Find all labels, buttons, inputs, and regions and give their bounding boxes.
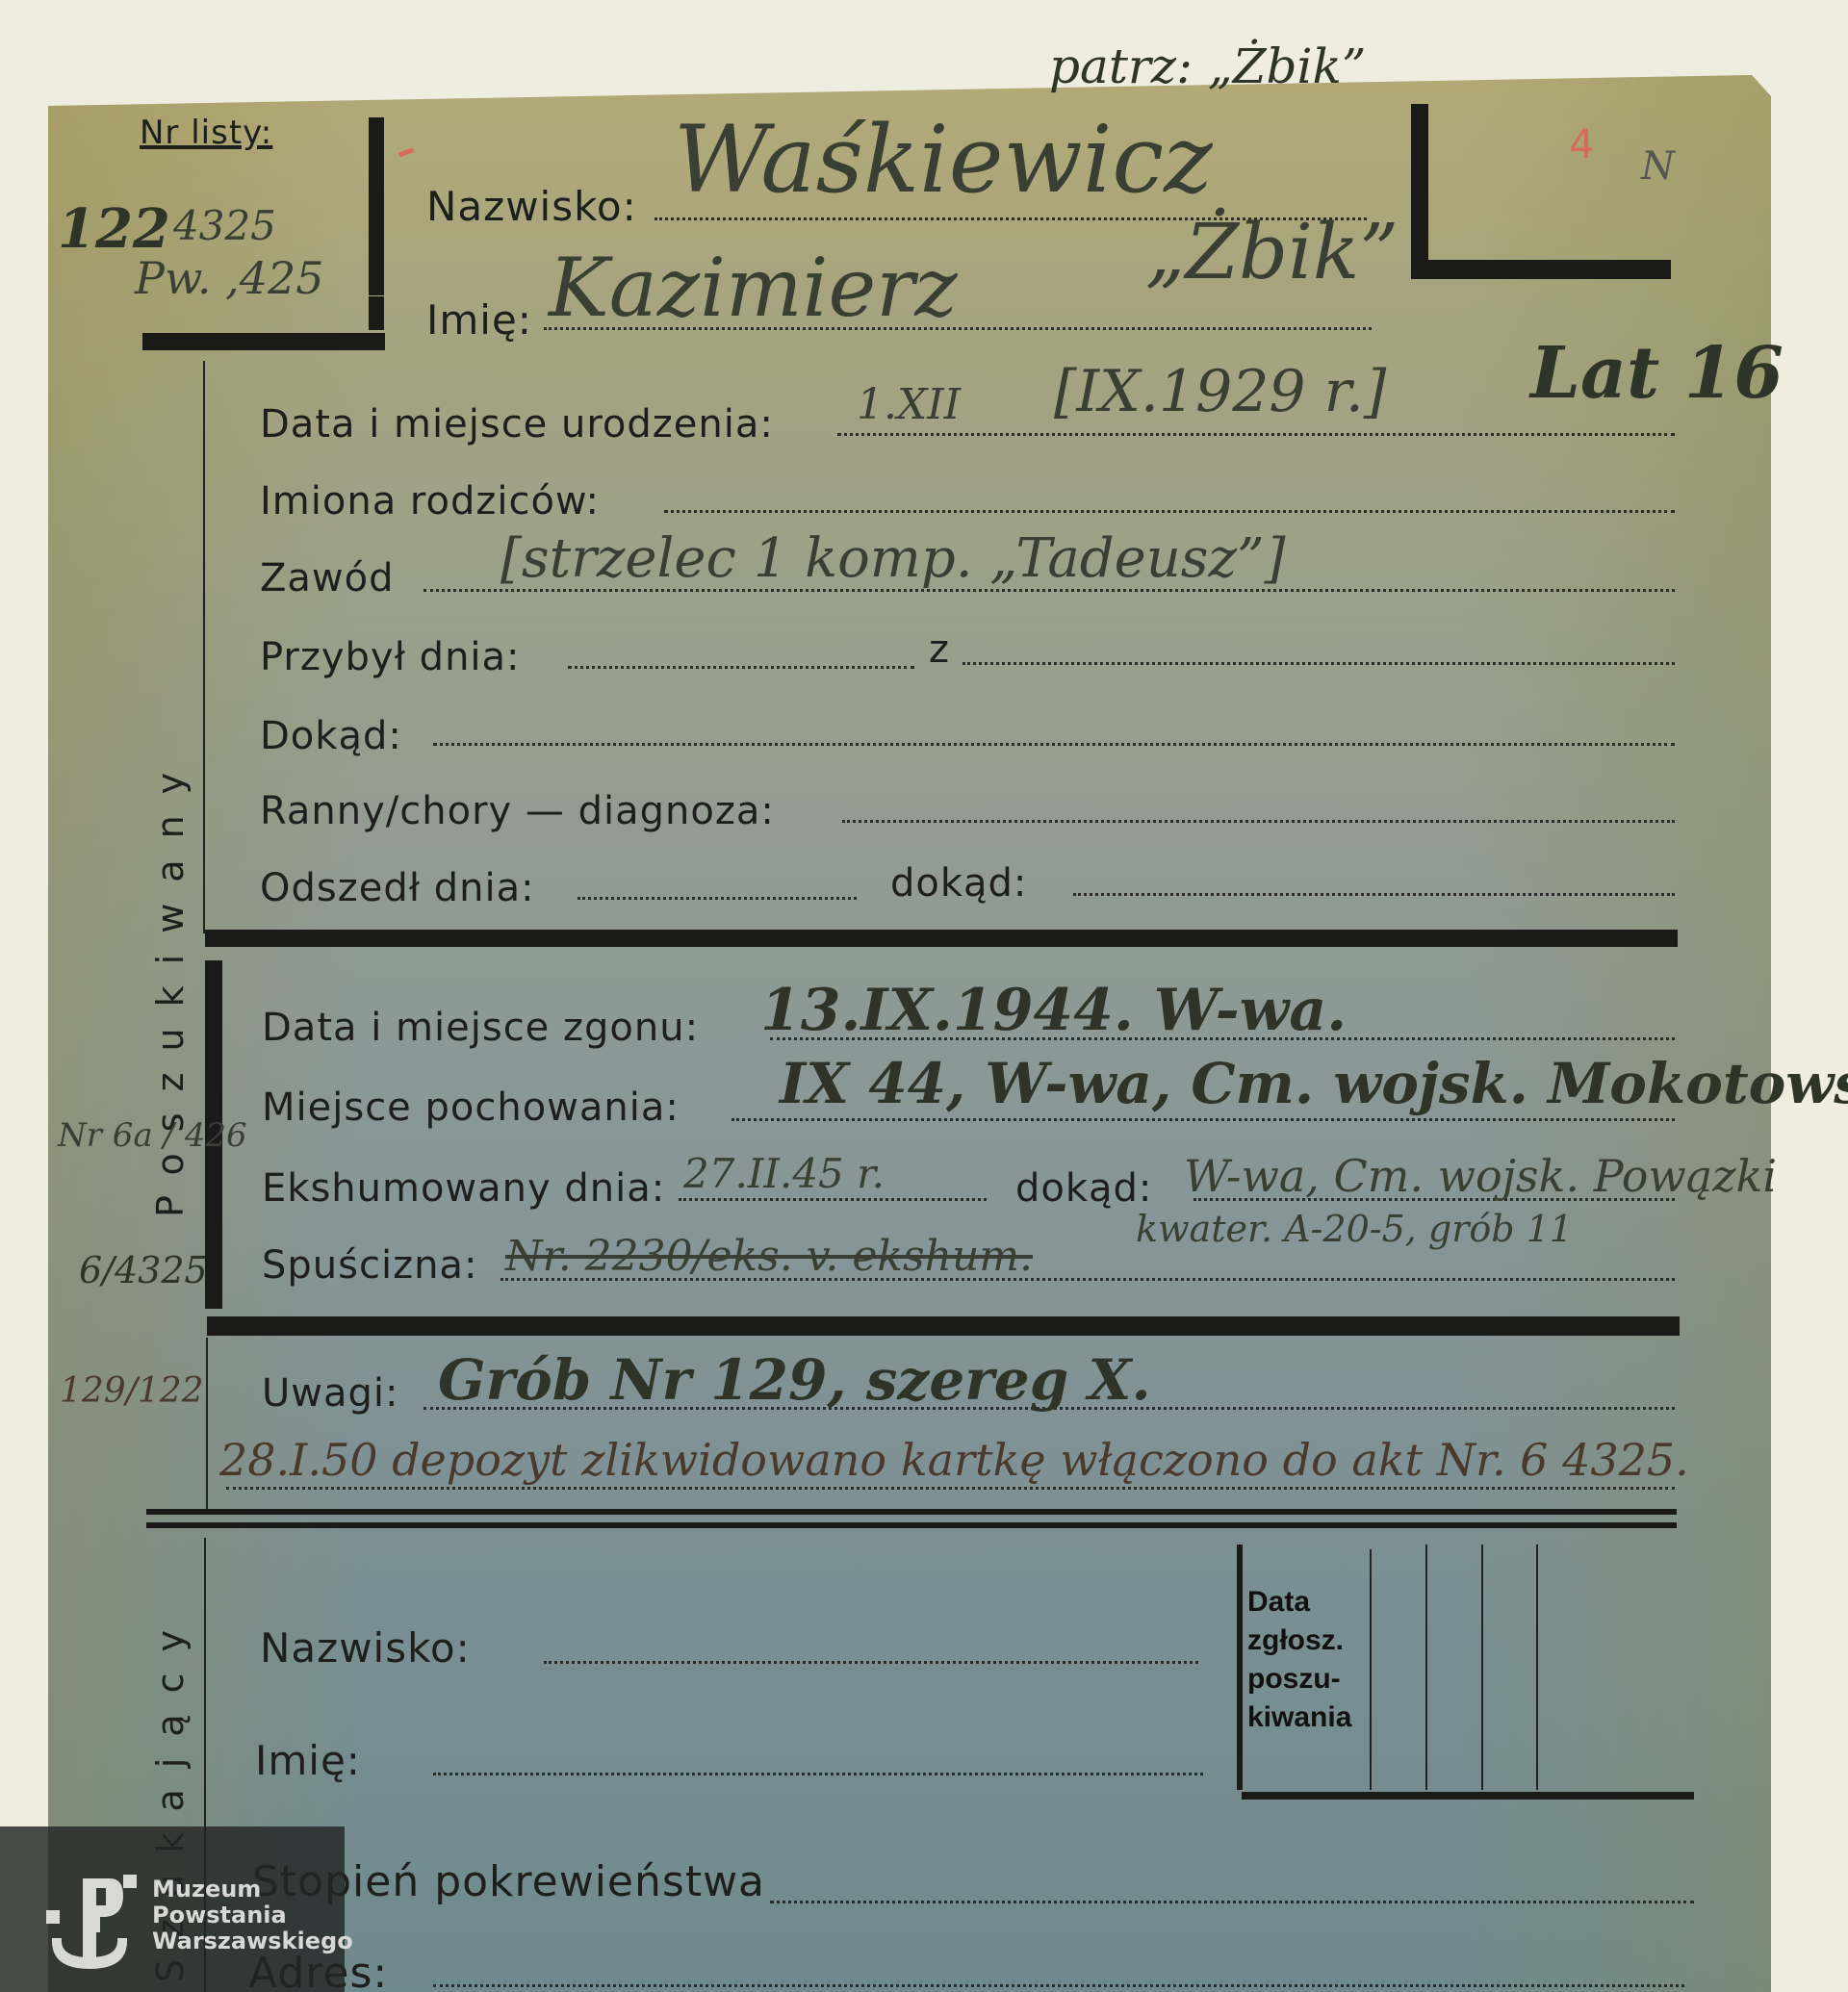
exhumed-value: 27.II.45 r. — [683, 1150, 885, 1197]
rule — [1425, 1545, 1427, 1790]
death-label: Data i miejsce zgonu: — [262, 1006, 699, 1050]
watermark-line3: Warszawskiego — [152, 1928, 353, 1954]
date-box-label: Data zgłosz. poszu- kiwania — [1247, 1583, 1351, 1737]
rule — [142, 333, 385, 350]
surname-label: Nazwisko: — [426, 183, 637, 230]
margin-note: 129/122 — [60, 1371, 204, 1411]
nr-listy-hand-425: Pw. ,425 — [135, 252, 324, 304]
corner-mark: N — [1641, 144, 1675, 189]
whereto-line — [433, 743, 1675, 746]
margin-note: 6/4325 — [79, 1249, 208, 1291]
seeker-address-line — [433, 1984, 1684, 1987]
watermark-line2: Powstania — [152, 1903, 353, 1928]
name-value: Kazimierz — [549, 241, 958, 335]
rule — [369, 117, 384, 295]
age-note: Lat 16 — [1530, 332, 1784, 415]
legacy-value: Nr. 2230/eks. v. ekshum. — [505, 1232, 1033, 1281]
rule — [1536, 1545, 1538, 1790]
museum-watermark: Muzeum Powstania Warszawskiego — [0, 1826, 345, 1992]
rule — [1237, 1545, 1243, 1790]
arrived-from-line — [962, 662, 1675, 665]
seeker-relation-line — [770, 1901, 1694, 1903]
burial-value: IX 44, W-wa, Cm. wojsk. Mokotowska 48 — [780, 1051, 1848, 1116]
arrived-label: Przybył dnia: — [260, 635, 521, 679]
remarks-note: 28.I.50 depozyt zlikwidowano kartkę włąc… — [219, 1434, 1689, 1486]
rule — [1370, 1549, 1372, 1790]
margin-note: Nr 6a / 426 — [58, 1116, 247, 1155]
rule — [146, 1509, 1677, 1515]
exhumed-whereto-value: W-wa, Cm. wojsk. Powązki — [1184, 1150, 1777, 1202]
birth-line — [837, 433, 1675, 436]
birth-value: 1.XII — [857, 380, 961, 429]
rule — [207, 1316, 1680, 1336]
seeker-name-line — [433, 1773, 1203, 1775]
nr-listy-hand-4325: 4325 — [173, 202, 276, 249]
birth-value-corrected: [IX.1929 r.] — [1054, 358, 1386, 425]
remarks-label: Uwagi: — [262, 1371, 398, 1416]
seeker-surname-line — [544, 1661, 1198, 1664]
seeker-surname-label: Nazwisko: — [260, 1624, 471, 1672]
rule — [206, 1338, 208, 1511]
wounded-label: Ranny/chory — diagnoza: — [260, 789, 775, 833]
left-whereto-line — [1073, 893, 1675, 896]
remarks-value: Grób Nr 129, szereg X. — [438, 1347, 1151, 1413]
top-note: patrz: „Żbik” — [1049, 38, 1366, 94]
arrived-from-label: z — [929, 627, 950, 672]
rule — [1242, 1792, 1694, 1800]
rule — [369, 296, 384, 330]
arrived-line — [568, 666, 914, 669]
left-whereto-label: dokąd: — [890, 861, 1027, 906]
rule — [1481, 1545, 1483, 1790]
exhumed-line — [679, 1198, 987, 1201]
wounded-line — [842, 820, 1675, 823]
burial-line — [731, 1118, 1675, 1121]
left-label: Odszedł dnia: — [260, 866, 535, 910]
left-line — [577, 897, 857, 900]
seeker-name-label: Imię: — [255, 1737, 361, 1784]
watermark-line1: Muzeum — [152, 1877, 353, 1903]
remarks-line-2 — [226, 1487, 1675, 1490]
rule — [203, 361, 205, 933]
whereto-label: Dokąd: — [260, 714, 402, 758]
exhumed-whereto-label: dokąd: — [1015, 1166, 1152, 1211]
red-pencil-mark: 4 — [1569, 120, 1595, 167]
surname-value: Waśkiewicz — [674, 106, 1213, 214]
rule — [1411, 104, 1428, 277]
pseudonym-value: „Żbik” — [1145, 207, 1399, 296]
exhumed-whereto-value-2: kwater. A-20-5, grób 11 — [1136, 1208, 1573, 1250]
occupation-value: [strzelec 1 komp. „Tadeusz”] — [500, 527, 1286, 590]
nr-listy-label: Nr listy: — [140, 114, 272, 152]
parents-line — [664, 510, 1675, 513]
rule — [205, 930, 1678, 947]
rule — [146, 1522, 1677, 1528]
parents-label: Imiona rodziców: — [260, 479, 600, 524]
burial-label: Miejsce pochowania: — [262, 1085, 680, 1130]
name-label: Imię: — [426, 296, 532, 344]
occupation-label: Zawód — [260, 556, 395, 600]
exhumed-label: Ekshumowany dnia: — [262, 1166, 665, 1211]
death-value: 13.IX.1944. W-wa. — [760, 977, 1347, 1044]
rule — [1411, 260, 1671, 279]
birth-label: Data i miejsce urodzenia: — [260, 402, 774, 447]
kotwica-anchor-icon — [46, 1875, 142, 1971]
legacy-label: Spuścizna: — [262, 1243, 477, 1288]
